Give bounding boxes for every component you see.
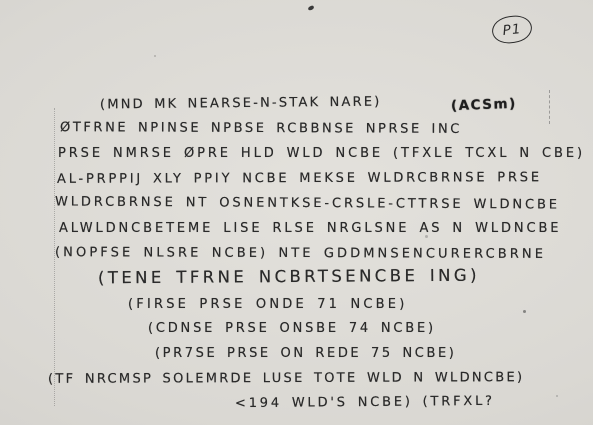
handwritten-line: ØTFRNE NPINSE NPBSE RCBBNSE NPRSE INC (60, 120, 462, 137)
handwritten-line: WLDRCBRNSE NT OSNENTKSE-CRSLE-CTTRSE WLD… (55, 194, 560, 212)
handwritten-line: (TENE TFRNE NCBRTSENCBE ING) (98, 266, 480, 288)
paper-speck (523, 310, 526, 313)
paper-speck (556, 395, 558, 397)
handwritten-line: (TF NRCMSP SOLEMRDE LUSE TOTE WLD N WLDN… (48, 370, 524, 387)
handwritten-line: (PR7SE PRSE ON REDE 75 NCBE) (155, 346, 456, 361)
right-margin-line (549, 90, 550, 124)
handwritten-line: PRSE NMRSE ØPRE HLD WLD NCBE (TFXLE TCXL… (58, 146, 585, 161)
page-number-circle: P1 (491, 14, 534, 45)
handwritten-line: (CDNSE PRSE ONSBE 74 NCBE) (148, 321, 436, 336)
handwritten-line: (NOPFSE NLSRE NCBE) NTE GDDMNSENCURERCBR… (55, 245, 546, 262)
handwritten-line: <194 WLD'S NCBE) (TRFXL? (235, 394, 495, 411)
handwritten-line: ALWLDNCBETEME LISE RLSE NRGLSNE AS N WLD… (59, 221, 561, 236)
paper-speck (154, 55, 156, 57)
paper-speck (425, 235, 428, 238)
handwritten-line: (MND MK NEARSE-N-STAK NARE) (100, 95, 382, 113)
page-number: P1 (502, 21, 522, 39)
handwritten-line: AL-PRPPIJ XLY PPIY NCBE MEKSE WLDRCBRNSE… (57, 170, 542, 187)
side-annotation: (ACSm) (451, 96, 517, 114)
scanned-page: P1 (ACSm) (MND MK NEARSE-N-STAK NARE)ØTF… (0, 0, 593, 425)
handwritten-line: (FIRSE PRSE ONDE 71 NCBE) (128, 297, 407, 312)
ink-spot (308, 5, 315, 11)
